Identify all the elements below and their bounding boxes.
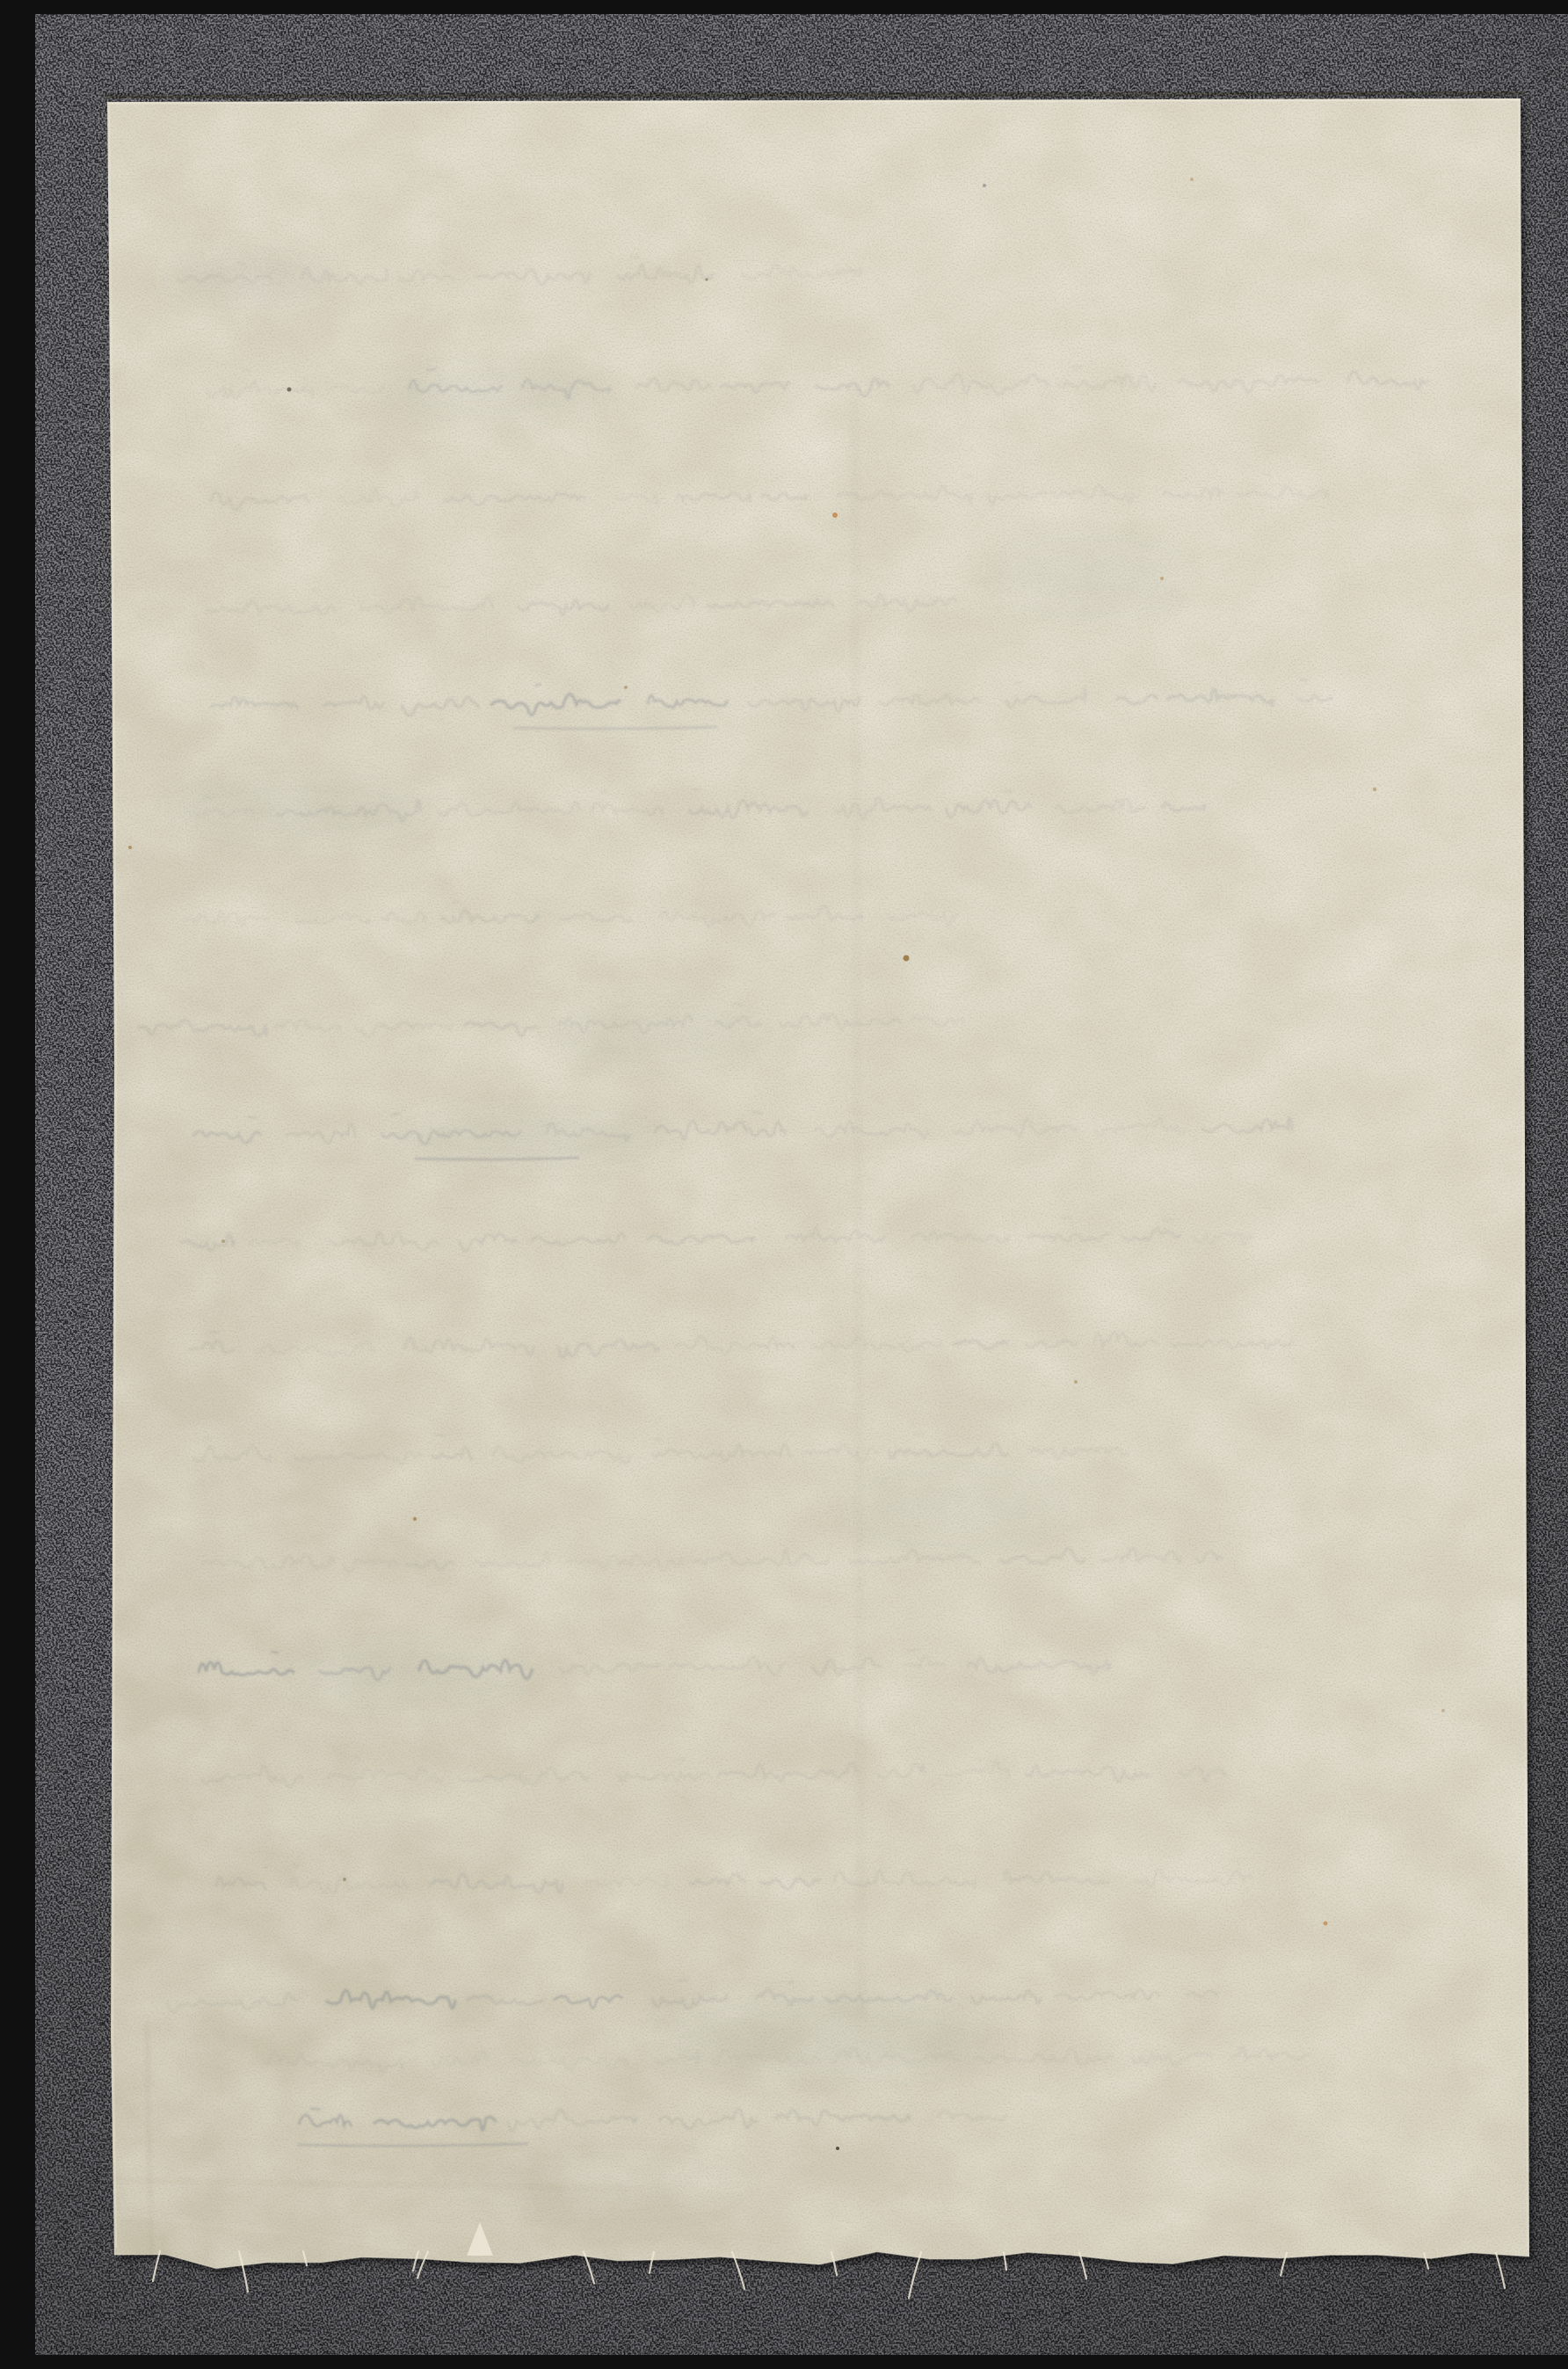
ink-showthrough-smudge	[378, 373, 606, 415]
handwriting-diacritic-stroke	[311, 2109, 320, 2110]
handwriting-diacritic-stroke	[996, 1111, 1001, 1112]
foxing-speck	[983, 184, 986, 187]
foxing-speck	[705, 278, 708, 280]
handwriting-diacritic-stroke	[630, 257, 639, 258]
handwriting-diacritic-stroke	[1267, 475, 1271, 476]
handwriting-diacritic-stroke	[272, 1652, 279, 1653]
paper-surface-detail	[88, 84, 1547, 2282]
handwriting-diacritic-stroke	[294, 1865, 299, 1866]
handwriting-diacritic-stroke	[909, 1649, 919, 1650]
handwriting-diacritic-stroke	[1301, 679, 1307, 680]
handwriting-diacritic-stroke	[693, 788, 700, 789]
foxing-speck	[1160, 577, 1164, 580]
ink-showthrough-smudge	[167, 778, 431, 841]
handwriting-diacritic-stroke	[452, 902, 459, 903]
foxing-speck	[1324, 1922, 1328, 1926]
handwriting-diacritic-stroke	[678, 1980, 688, 1980]
handwriting-diacritic-stroke	[788, 1981, 794, 1982]
handwriting-diacritic-stroke	[392, 1114, 399, 1115]
handwriting-diacritic-stroke	[1005, 791, 1011, 792]
handwriting-diacritic-stroke	[676, 1759, 685, 1760]
foxing-speck	[221, 1239, 225, 1243]
foxing-speck	[1190, 178, 1194, 181]
handwriting-diacritic-stroke	[536, 684, 541, 685]
foxing-speck	[287, 388, 292, 392]
foxing-speck	[413, 1517, 417, 1521]
handwriting-diacritic-stroke	[248, 1117, 256, 1118]
ink-showthrough-smudge	[993, 540, 1187, 614]
handwriting-diacritic-stroke	[976, 1759, 982, 1760]
foxing-speck	[1373, 788, 1376, 791]
scan-surface: Scanned page of an old letter: an aged c…	[35, 14, 1568, 2355]
foxing-speck	[904, 956, 910, 962]
handwriting-diacritic-stroke	[353, 1332, 358, 1333]
ink-showthrough-smudge	[545, 1007, 756, 1060]
handwriting-diacritic-stroke	[915, 1434, 924, 1435]
handwriting-diacritic-stroke	[427, 369, 436, 370]
paper-grain	[88, 84, 1547, 2282]
handwriting-diacritic-stroke	[654, 1439, 661, 1440]
foxing-speck	[1074, 1380, 1078, 1384]
handwriting-diacritic-stroke	[752, 1113, 763, 1114]
foxing-speck	[624, 686, 628, 689]
ink-showthrough-smudge	[281, 1647, 527, 1704]
handwriting-diacritic-stroke	[205, 1438, 211, 1439]
handwriting-diacritic-stroke	[1163, 1219, 1172, 1220]
ink-showthrough-smudge	[448, 2157, 747, 2210]
handwriting-diacritic-stroke	[243, 369, 250, 370]
foxing-speck	[1441, 1709, 1445, 1712]
foxing-speck	[832, 512, 838, 518]
ink-showthrough-smudge	[650, 1995, 1002, 2076]
handwriting-diacritic-stroke	[1074, 367, 1083, 367]
foxing-speck	[128, 846, 132, 849]
foxing-speck	[836, 2147, 839, 2150]
handwriting-diacritic-stroke	[355, 1758, 359, 1759]
handwriting-diacritic-stroke	[733, 1004, 741, 1005]
ink-showthrough-smudge	[844, 1473, 1072, 1544]
foxing-speck	[343, 1878, 346, 1881]
scanned-letter-image: Scanned page of an old letter: an aged c…	[35, 14, 1568, 2355]
